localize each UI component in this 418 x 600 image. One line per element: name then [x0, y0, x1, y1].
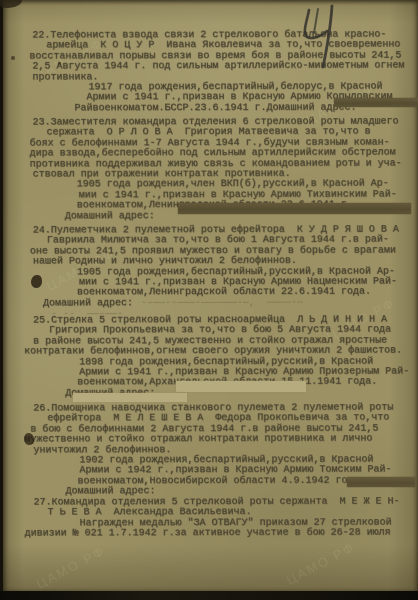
- typewritten-text-layer: 22.Телефониста взвода связи 2 стрелковог…: [2, 0, 418, 593]
- text-line: мужественно и стойко отражал контратаки …: [24, 435, 418, 446]
- handwritten-ink-mark: [295, 3, 347, 75]
- text-line: дивизии № 021 1.7.1942 г.за активное уча…: [25, 529, 418, 540]
- ink-speck: [11, 56, 15, 60]
- punch-hole: [24, 433, 34, 445]
- redaction-bar: [178, 203, 411, 214]
- scanned-award-document: ЦАМО РФ ЦАМО РФ ЦАМО РФ ЦАМО РФ ЦАМО РФ …: [0, 0, 418, 600]
- erasure-patch: [176, 381, 306, 392]
- paper-page: ЦАМО РФ ЦАМО РФ ЦАМО РФ ЦАМО РФ ЦАМО РФ …: [3, 0, 418, 592]
- redaction-bar: [334, 98, 418, 107]
- ink-speck: [58, 62, 61, 65]
- award-entry-27: 27.Командира отделения 5 стрелковой роты…: [4, 497, 418, 540]
- erased-address-dashes: -–——--———-——–———-—, ————-—: [141, 299, 303, 310]
- erasure-patch: [73, 393, 187, 402]
- redaction-bar: [347, 477, 415, 487]
- punch-hole: [31, 275, 42, 288]
- scanner-edge: [0, 591, 418, 600]
